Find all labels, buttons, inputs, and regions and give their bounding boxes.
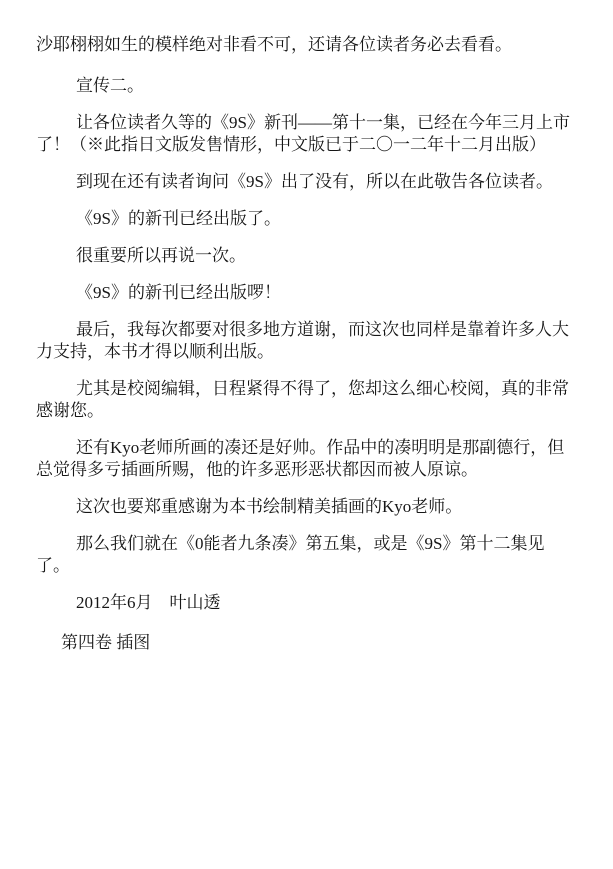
ebook-page: 沙耶栩栩如生的模样绝对非看不可，还请各位读者务必去看看。 宣传二。 让各位读者久… — [0, 0, 613, 869]
paragraph-promo-heading: 宣传二。 — [36, 75, 576, 97]
paragraph-reader-inquiries: 到现在还有读者询问《9S》出了没有，所以在此敬告各位读者。 — [36, 171, 576, 193]
paragraph-thanks-editor: 尤其是校阅编辑，日程紧得不得了，您却这么细心校阅，真的非常感谢您。 — [36, 378, 576, 422]
paragraph-thanks-illustrator: 这次也要郑重感谢为本书绘制精美插画的Kyo老师。 — [36, 496, 576, 518]
paragraph-thanks-illustrator-comment: 还有Kyo老师所画的凑还是好帅。作品中的凑明明是那副德行，但总觉得多亏插画所赐，… — [36, 437, 576, 481]
paragraph-closing: 那么我们就在《0能者九条凑》第五集，或是《9S》第十二集见了。 — [36, 533, 576, 577]
paragraph-continuation: 沙耶栩栩如生的模样绝对非看不可，还请各位读者务必去看看。 — [36, 34, 576, 56]
paragraph-new-volume-release: 让各位读者久等的《9S》新刊——第十一集，已经在今年三月上市了！（※此指日文版发… — [36, 112, 576, 156]
paragraph-published-statement: 《9S》的新刊已经出版了。 — [36, 208, 576, 230]
paragraph-repeat-notice: 很重要所以再说一次。 — [36, 245, 576, 267]
volume-illustrations-heading: 第四卷 插图 — [36, 632, 576, 654]
date-signature-line: 2012年6月 叶山透 — [36, 592, 576, 614]
paragraph-published-statement-repeat: 《9S》的新刊已经出版啰！ — [36, 282, 576, 304]
paragraph-thanks-general: 最后，我每次都要对很多地方道谢，而这次也同样是靠着许多人大力支持，本书才得以顺利… — [36, 319, 576, 363]
